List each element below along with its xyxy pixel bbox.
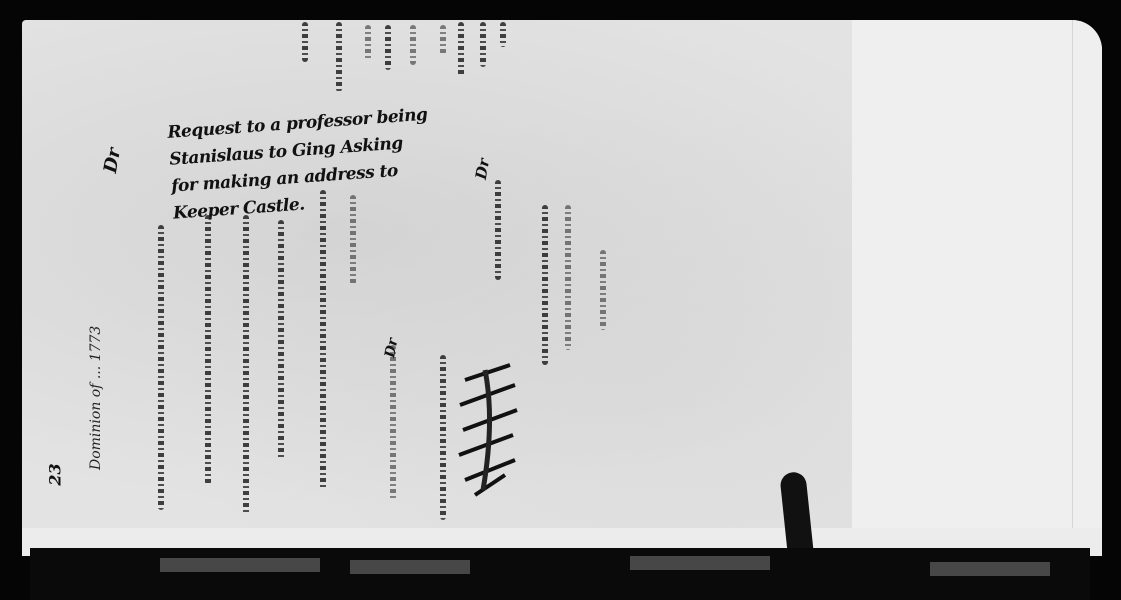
handwriting-column (458, 22, 464, 77)
handwriting-column (565, 205, 571, 350)
handwriting-column (600, 250, 606, 330)
binding-edge (30, 548, 1090, 600)
signature-scrawl (455, 360, 525, 500)
dr-mark: Dr (472, 157, 493, 181)
handwriting-column (302, 22, 308, 62)
handwriting-column (320, 190, 326, 490)
blank-page-region (852, 20, 1102, 555)
header-note: Request to a professor being Stanislaus … (167, 100, 454, 227)
handwriting-column (385, 25, 391, 70)
handwriting-column (495, 180, 501, 280)
handwriting-column (350, 195, 356, 285)
dr-mark: Dr (100, 146, 125, 174)
handwriting-column (158, 225, 164, 510)
handwriting-column (480, 22, 486, 67)
handwriting-column (440, 355, 446, 520)
left-docket-text: Dominion of ... 1773 (88, 270, 104, 470)
handwriting-column (390, 345, 396, 500)
handwriting-column (500, 22, 506, 47)
folio-number: 23 (46, 463, 65, 485)
handwriting-column (243, 215, 249, 515)
handwriting-column (336, 22, 342, 92)
handwriting-column (542, 205, 548, 365)
handwriting-column (440, 25, 446, 55)
handwriting-column (365, 25, 371, 60)
handwriting-column (278, 220, 284, 460)
handwriting-column (410, 25, 416, 65)
handwriting-column (205, 215, 211, 485)
manuscript-page (22, 20, 1102, 555)
